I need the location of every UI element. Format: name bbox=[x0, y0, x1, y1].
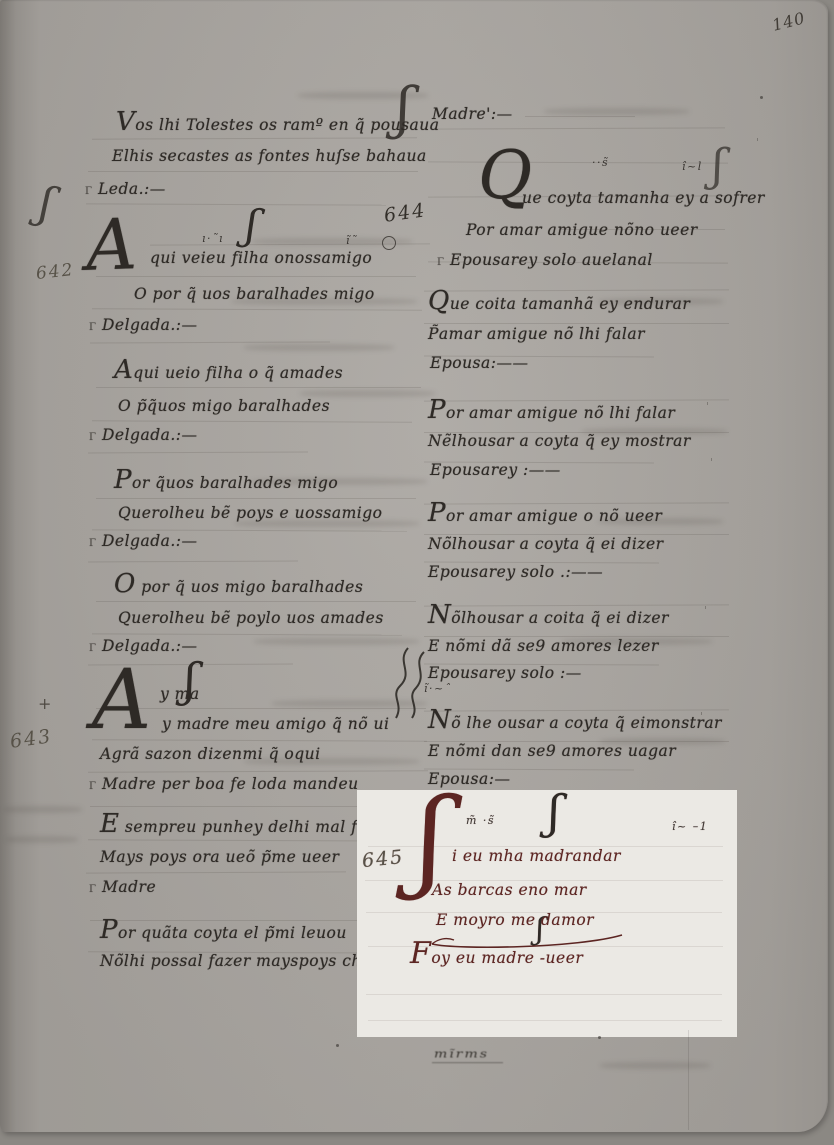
verse-line: Que coita tamanhã ey endurar bbox=[428, 291, 690, 314]
rule-line bbox=[92, 420, 412, 422]
rule-line bbox=[96, 601, 416, 602]
scribal-mark: m̃ ·s̃ bbox=[466, 814, 495, 827]
rule-line bbox=[88, 171, 418, 172]
refrain-line: Delgada.:— bbox=[102, 531, 198, 551]
verse-line: Querolheu bẽ poys e uossamigo bbox=[118, 503, 383, 523]
highlight-verse-line: E moyro me damor bbox=[436, 910, 594, 930]
verse-line: O por q̃ uos baralhades migo bbox=[134, 284, 375, 304]
rule-line bbox=[88, 452, 308, 454]
refrain-line: Madre bbox=[102, 877, 156, 897]
rule-line bbox=[96, 498, 416, 499]
flourish-icon: ʃ bbox=[712, 146, 724, 186]
rule-line bbox=[525, 116, 635, 117]
rule-line bbox=[88, 770, 428, 772]
refrain-line: Epousarey :—— bbox=[430, 460, 561, 480]
marginal-number-643: 643 bbox=[9, 725, 54, 753]
scribal-mark: ı̃˜ bbox=[346, 234, 358, 247]
verse-line: Agrã sazon dizenmi q̃ oqui bbox=[100, 744, 321, 764]
ghost-bleed bbox=[244, 344, 394, 351]
flourish-icon: ʃ bbox=[244, 206, 259, 245]
verse-line: y ma bbox=[160, 684, 200, 704]
refrain-line: Epousarey solo auelanal bbox=[450, 250, 653, 270]
rule-line bbox=[88, 561, 298, 563]
crease bbox=[688, 1030, 689, 1130]
rule-line bbox=[96, 387, 421, 388]
flourish-icon: ʃ bbox=[37, 183, 56, 224]
scribal-mark: ı̂~ –1 bbox=[672, 820, 708, 833]
speck bbox=[598, 1036, 601, 1039]
verse-line: Vos lhi Tolestes os ramº en q̃ pousaua bbox=[116, 112, 440, 135]
scribal-mark: ı̃·~ˆ bbox=[424, 682, 452, 695]
stanza-initial: A bbox=[92, 664, 151, 738]
verse-line: Por q̃uos baralhades migo bbox=[114, 470, 338, 493]
scribal-mark: ··s̃ bbox=[592, 156, 609, 169]
verse-line: y madre meu amigo q̃ nõ ui bbox=[162, 714, 389, 734]
verse-line: Elhis secastes as fontes huſse bahaua bbox=[112, 146, 427, 166]
rule-line bbox=[92, 308, 422, 310]
stanza-initial: ʃ bbox=[416, 792, 446, 886]
marginal-number-642: 642 bbox=[35, 260, 75, 284]
verse-line: Aqui ueio filha o q̃ amades bbox=[114, 360, 343, 383]
verse-line: P̃amar amigue nõ lhi falar bbox=[428, 324, 645, 344]
refrain-line: Delgada.:— bbox=[102, 315, 198, 335]
refrain-line: Leda.:— bbox=[98, 179, 166, 199]
highlight-verse-line: As barcas eno mar bbox=[432, 880, 587, 900]
catchword: mĩrms bbox=[432, 1048, 503, 1063]
ghost-bleed bbox=[544, 108, 689, 115]
refrain-line: Epousa:—— bbox=[430, 353, 528, 373]
ghost-bleed bbox=[600, 1062, 710, 1069]
manuscript-scan: 140 ʃ ʃ ʃ ʃ ʃ ı·˜ı ı̃˜ ··s̃ ı̂~l ı̃·~ˆ 6… bbox=[0, 0, 834, 1145]
ghost-bleed bbox=[4, 806, 82, 813]
verse-line: Por amar amigue nõno ueer bbox=[466, 220, 698, 240]
stanza-initial: A bbox=[85, 213, 138, 278]
verse-line: E nõmi dan se9 amores uagar bbox=[428, 741, 676, 761]
verse-line: Por amar amigue o nõ ueer bbox=[428, 503, 662, 526]
rule-line bbox=[96, 276, 416, 277]
verse-line: Nõlhousar a coyta q̃ ei dizer bbox=[428, 534, 664, 554]
verse-line: Nõ lhe ousar a coyta q̃ eimonstrar bbox=[428, 710, 722, 733]
speck bbox=[336, 1044, 339, 1047]
speck bbox=[760, 96, 763, 99]
rule-line bbox=[366, 994, 722, 995]
verse-line: qui veieu filha onossamigo bbox=[150, 248, 372, 268]
highlight-verse-line: Foy eu madre -ueer bbox=[410, 944, 583, 968]
refrain-line: Epousarey solo .:—— bbox=[428, 562, 603, 582]
verse-line: Por quãta coyta el p̃mi leuou bbox=[100, 920, 347, 943]
plus-mark: + bbox=[38, 694, 53, 713]
verse-line: Madre per boa fe loda mandeu bbox=[102, 774, 359, 794]
scribal-mark: ı̂~l bbox=[682, 160, 703, 173]
verse-line: E nõmi dã se9 amores lezer bbox=[428, 636, 659, 656]
verse-line: ue coyta tamanha ey a sofrer bbox=[522, 188, 765, 208]
flourish-icon: ʃ bbox=[548, 792, 561, 833]
highlight-verse-line: i eu mha madrandar bbox=[452, 846, 621, 866]
verse-line: Nõlhousar a coita q̃ ei dizer bbox=[428, 605, 669, 628]
marginal-number-645: 645 bbox=[361, 846, 405, 872]
rule-line bbox=[430, 127, 725, 129]
marginal-number-644: 644 bbox=[383, 199, 428, 227]
verse-line: O p̃q̃uos migo baralhades bbox=[118, 396, 330, 416]
rule-line bbox=[92, 137, 417, 139]
ring-mark-icon bbox=[382, 236, 396, 250]
ghost-bleed bbox=[6, 836, 78, 843]
manuscript-page: 140 ʃ ʃ ʃ ʃ ʃ ı·˜ı ı̃˜ ··s̃ ı̂~l ı̃·~ˆ 6… bbox=[0, 0, 828, 1132]
column-header-line: Madre':— bbox=[432, 104, 513, 124]
verse-line: E sempreu punhey delhi mal fazer bbox=[100, 814, 393, 837]
scribal-mark: ı·˜ı bbox=[202, 232, 224, 245]
verse-line: Por amar amigue nõ lhi falar bbox=[428, 400, 675, 423]
verse-line: O por q̃ uos migo baralhades bbox=[114, 574, 363, 597]
refrain-line: Delgada.:— bbox=[102, 425, 198, 445]
folio-number: 140 bbox=[770, 8, 807, 35]
verse-line: Mays poys ora ueõ p̃me ueer bbox=[100, 847, 339, 867]
verse-line: Nẽlhousar a coyta q̃ ey mostrar bbox=[428, 431, 691, 451]
rule-line bbox=[86, 871, 346, 873]
verse-line: Querolheu bẽ poylo uos amades bbox=[118, 608, 384, 628]
refrain-line: Epousarey solo :— bbox=[428, 663, 582, 683]
rule-line bbox=[368, 1020, 722, 1021]
